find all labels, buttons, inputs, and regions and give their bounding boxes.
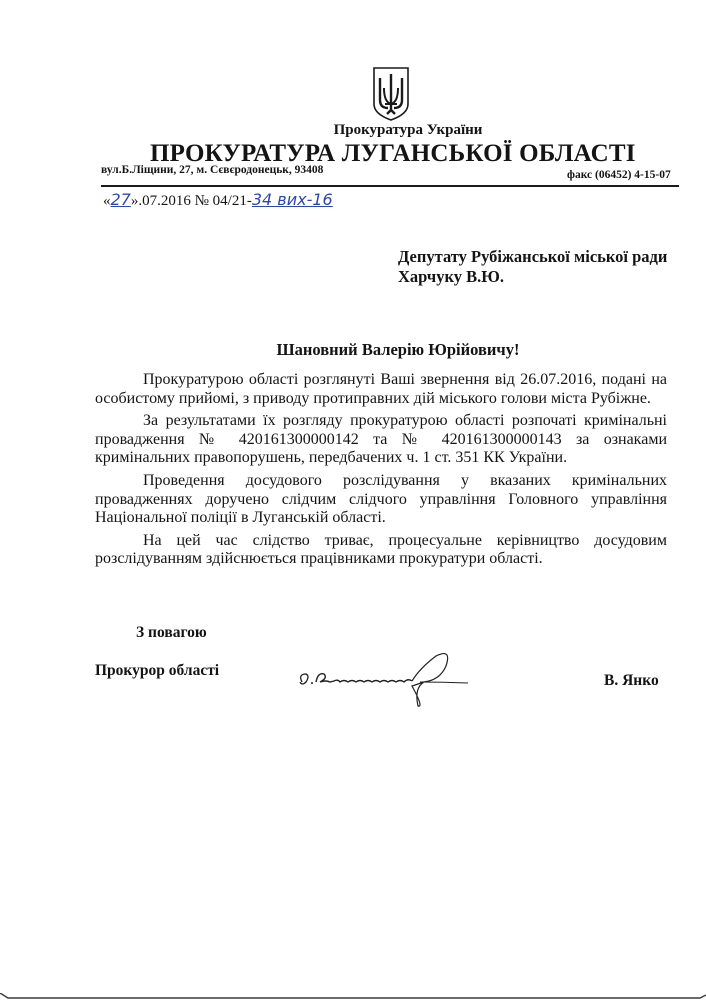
letterhead-divider <box>101 185 679 187</box>
body-paragraph: Прокуратурою області розглянуті Ваші зве… <box>95 371 667 408</box>
trident-emblem-icon <box>372 66 410 122</box>
closing: З повагою <box>136 624 207 642</box>
org-address: вул.Б.Ліщини, 27, м. Сєвєродонецьк, 9340… <box>101 164 323 176</box>
org-parent: Прокуратура України <box>0 122 706 139</box>
ref-open-quote: « <box>103 193 111 209</box>
recipient-block: Депутату Рубіжанської міської ради Харчу… <box>398 247 667 287</box>
recipient-name: Харчуку В.Ю. <box>398 267 667 287</box>
body-paragraph: Проведення досудового розслідування у вк… <box>95 472 667 528</box>
signature-icon <box>296 648 468 708</box>
outgoing-reference: «27».07.2016 № 04/21-34 вих-16 <box>103 190 333 210</box>
letter-body: Прокуратурою області розглянуті Ваші зве… <box>95 371 667 573</box>
body-paragraph: За результатами їх розгляду прокуратурою… <box>95 412 667 468</box>
ref-day-handwritten: 27 <box>111 190 131 209</box>
body-paragraph: На цей час слідство триває, процесуальне… <box>95 532 667 569</box>
signer-title: Прокурор області <box>95 662 219 680</box>
scan-bottom-edge <box>0 986 706 992</box>
recipient-position: Депутату Рубіжанської міської ради <box>398 247 667 267</box>
salutation: Шановний Валерію Юрійовичу! <box>0 340 706 360</box>
ref-date: ».07.2016 № 04/21- <box>131 193 252 209</box>
ref-number-handwritten: 34 вих-16 <box>252 190 333 209</box>
signer-name: В. Янко <box>604 672 659 690</box>
org-fax: факс (06452) 4-15-07 <box>567 169 671 181</box>
